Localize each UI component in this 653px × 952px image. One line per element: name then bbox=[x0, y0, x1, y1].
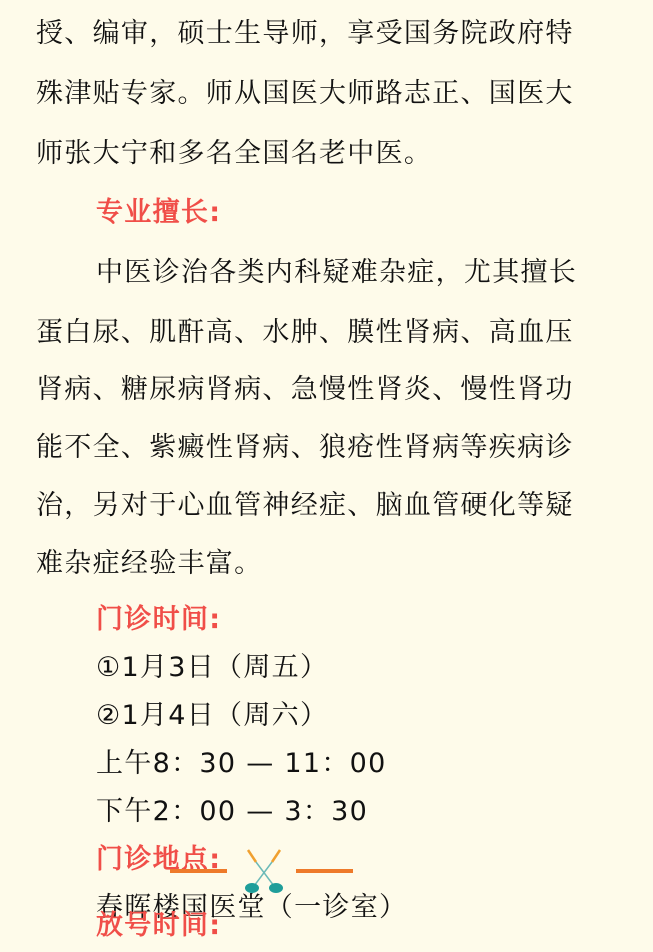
clinic-time-line: ②1月4日（周六） bbox=[96, 696, 633, 736]
intro-line: 师张大宁和多名全国名老中医。 bbox=[36, 134, 633, 174]
clinic-time-line: 上午8：30 — 11：00 bbox=[96, 744, 633, 784]
clinic-time-line: 下午2：00 — 3：30 bbox=[96, 792, 633, 832]
intro-line: 殊津贴专家。师从国医大师路志正、国医大 bbox=[36, 74, 633, 114]
specialty-line: 难杂症经验丰富。 bbox=[36, 544, 633, 584]
divider-line-right bbox=[296, 869, 353, 873]
clinic-time-heading: 门诊时间: bbox=[96, 600, 633, 640]
specialty-line: 蛋白尿、肌酐高、水肿、膜性肾病、高血压 bbox=[36, 313, 633, 353]
article-page: 授、编审，硕士生导师，享受国务院政府特 殊津贴专家。师从国医大师路志正、国医大 … bbox=[0, 0, 653, 952]
specialty-line: 治，另对于心血管神经症、脑血管硬化等疑 bbox=[36, 486, 633, 526]
specialty-line: 中医诊治各类内科疑难杂症，尤其擅长 bbox=[96, 253, 633, 293]
crossed-golf-clubs-icon bbox=[242, 848, 286, 894]
clinic-time-line: ①1月3日（周五） bbox=[96, 648, 633, 688]
section-divider bbox=[0, 846, 653, 896]
specialty-heading: 专业擅长: bbox=[96, 193, 633, 233]
specialty-line: 能不全、紫癜性肾病、狼疮性肾病等疾病诊 bbox=[36, 428, 633, 468]
intro-line: 授、编审，硕士生导师，享受国务院政府特 bbox=[36, 14, 633, 54]
specialty-line: 肾病、糖尿病肾病、急慢性肾炎、慢性肾功 bbox=[36, 370, 633, 410]
divider-line-left bbox=[170, 869, 227, 873]
release-time-heading: 放号时间: bbox=[96, 906, 633, 946]
